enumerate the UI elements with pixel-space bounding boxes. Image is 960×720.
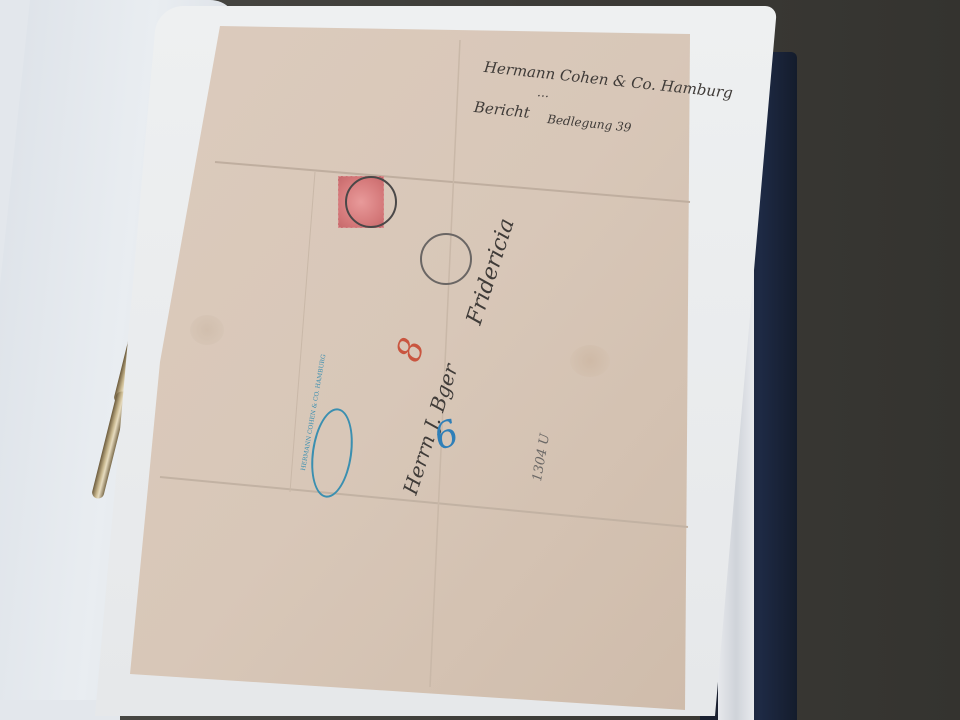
wax-seal-mark: [570, 345, 610, 377]
postmark-transit: [420, 233, 472, 285]
wax-seal-mark: [190, 315, 224, 345]
docket-line: …: [537, 85, 550, 100]
postmark-cancel: [345, 176, 397, 228]
